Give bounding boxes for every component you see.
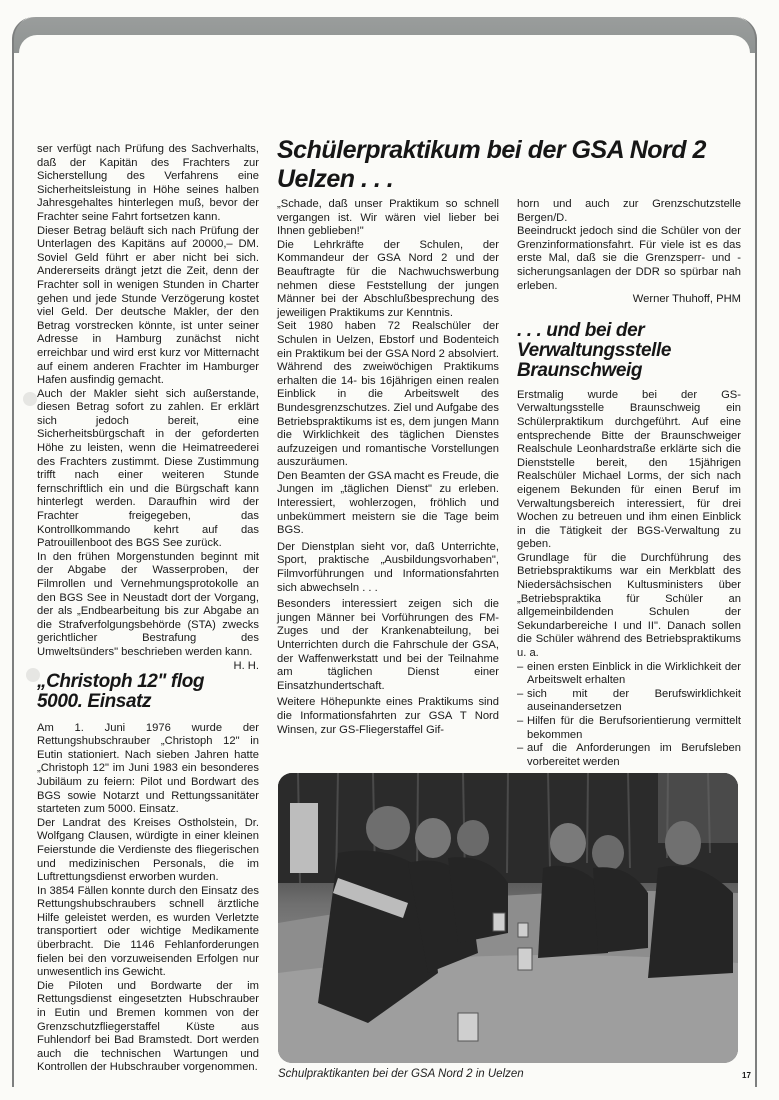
scan-artifact	[26, 668, 40, 682]
right-column: horn und auch zur Grenzschutzstelle Berg…	[517, 198, 741, 769]
paragraph: Der Landrat des Kreises Ostholstein, Dr.…	[37, 817, 259, 885]
author-initials: H. H.	[234, 660, 259, 674]
photo-illustration	[278, 773, 738, 1063]
paragraph: Beeindruckt jedoch sind die Schüler von …	[517, 225, 741, 293]
article-headline-christoph: „Christoph 12" flog 5000. Einsatz	[37, 672, 259, 712]
sub-article-headline: . . . und bei der Verwaltungsstelle Brau…	[517, 321, 741, 381]
list-item: einen ersten Einblick in die Wirklichkei…	[517, 661, 741, 688]
author-signature: Werner Thuhoff, PHM	[517, 293, 741, 307]
bullet-list: einen ersten Einblick in die Wirklichkei…	[517, 661, 741, 770]
photo-students	[278, 773, 738, 1063]
paragraph: „Schade, daß unser Praktikum so schnell …	[277, 198, 499, 239]
paragraph: Die Piloten und Bordwarte der im Rettung…	[37, 980, 259, 1075]
paragraph: Am 1. Juni 1976 wurde der Rettungshubsch…	[37, 722, 259, 817]
paragraph: Die Lehrkräfte der Schulen, der Kommande…	[277, 239, 499, 321]
paragraph: Seit 1980 haben 72 Realschüler der Schul…	[277, 320, 499, 470]
paragraph: Der Dienstplan sieht vor, daß Unterricht…	[277, 541, 499, 595]
paragraph-text: In den frühen Morgenstunden beginnt mit …	[37, 551, 259, 658]
paragraph: Weitere Höhepunkte eines Praktikums sind…	[277, 696, 499, 737]
paragraph: Auch der Makler sieht sich außerstande, …	[37, 388, 259, 551]
paragraph: Grundlage für die Durchführung des Betri…	[517, 552, 741, 661]
list-item: sich mit der Berufswirklichkeit auseinan…	[517, 688, 741, 715]
paragraph: ser verfügt nach Prüfung des Sachverhalt…	[37, 143, 259, 225]
left-column: ser verfügt nach Prüfung des Sachverhalt…	[37, 143, 259, 1075]
list-item: Hilfen für die Berufsorientierung vermit…	[517, 715, 741, 742]
paragraph: horn und auch zur Grenzschutzstelle Berg…	[517, 198, 741, 225]
scan-artifact	[23, 392, 37, 406]
paragraph: In den frühen Morgenstunden beginnt mit …	[37, 551, 259, 660]
photo-caption: Schulpraktikanten bei der GSA Nord 2 in …	[278, 1068, 524, 1080]
middle-column: „Schade, daß unser Praktikum so schnell …	[277, 198, 499, 737]
paragraph: In 3854 Fällen konnte durch den Einsatz …	[37, 885, 259, 980]
paragraph: Erstmalig wurde bei der GS-Verwaltungsst…	[517, 389, 741, 552]
paragraph: Besonders interessiert zeigen sich die j…	[277, 598, 499, 693]
paragraph: Den Beamten der GSA macht es Freude, die…	[277, 470, 499, 538]
list-item: auf die Anforderungen im Berufsleben vor…	[517, 742, 741, 769]
main-headline: Schülerpraktikum bei der GSA Nord 2 Uelz…	[277, 136, 747, 194]
page-number: 17	[742, 1071, 751, 1080]
paragraph: Dieser Betrag beläuft sich nach Prüfung …	[37, 225, 259, 388]
